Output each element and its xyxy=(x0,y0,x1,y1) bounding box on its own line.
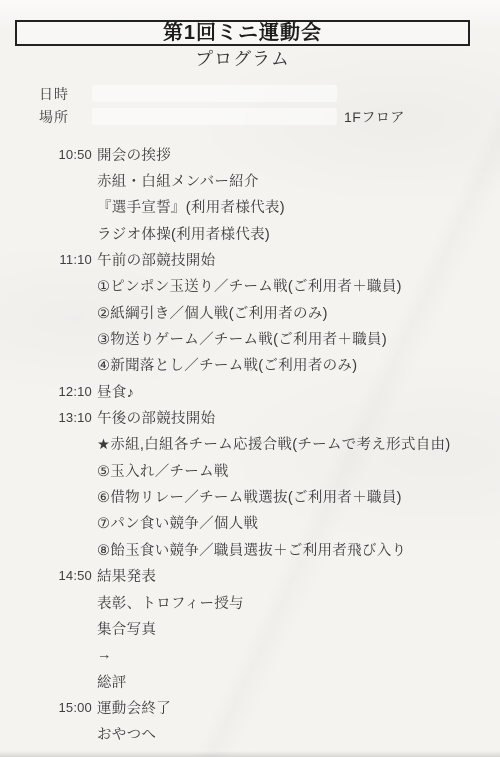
schedule-row: 集合写真 xyxy=(0,615,500,641)
schedule-row: ③物送りゲーム／チーム戦(ご利用者＋職員) xyxy=(0,325,500,351)
schedule-list: 10:50 開会の挨拶 赤組・白組メンバー紹介 『選手宣誓』(利用者様代表) ラ… xyxy=(0,141,500,747)
schedule-text: ラジオ体操(利用者様代表) xyxy=(97,223,270,244)
schedule-row: ラジオ体操(利用者様代表) xyxy=(0,220,500,246)
schedule-text: → xyxy=(97,647,112,663)
location-value: 1Fフロア xyxy=(344,107,405,127)
schedule-row: ②紙綱引き／個人戦(ご利用者のみ) xyxy=(0,299,500,325)
schedule-time: 10:50 xyxy=(0,147,92,162)
schedule-row: ⑤玉入れ／チーム戦 xyxy=(0,457,500,483)
schedule-row: 表彰、トロフィー授与 xyxy=(0,589,500,615)
schedule-text: ⑥借物リレー／チーム戦選抜(ご利用者＋職員) xyxy=(97,486,402,507)
schedule-row: 14:50 結果発表 xyxy=(0,563,500,589)
schedule-row: → xyxy=(0,642,500,668)
schedule-text: ②紙綱引き／個人戦(ご利用者のみ) xyxy=(97,302,328,323)
schedule-time: 13:10 xyxy=(0,410,92,425)
schedule-row: 12:10 昼食♪ xyxy=(0,378,500,404)
erased-location-area xyxy=(92,108,337,125)
schedule-text: ⑧飴玉食い競争／職員選抜＋ご利用者飛び入り xyxy=(97,539,406,560)
datetime-label: 日時 xyxy=(39,84,69,104)
schedule-row: 総評 xyxy=(0,668,500,694)
schedule-text: ★赤組,白組各チーム応援合戦(チームで考え形式自由) xyxy=(97,433,450,454)
schedule-text: 総評 xyxy=(97,671,127,692)
schedule-text: 午前の部競技開始 xyxy=(97,249,215,270)
document-title: 第1回ミニ運動会 xyxy=(163,23,322,43)
schedule-time: 15:00 xyxy=(0,700,92,715)
schedule-row: ★赤組,白組各チーム応援合戦(チームで考え形式自由) xyxy=(0,431,500,457)
schedule-row: 13:10 午後の部競技開始 xyxy=(0,404,500,430)
schedule-text: ⑤玉入れ／チーム戦 xyxy=(97,460,229,481)
location-label: 場所 xyxy=(39,107,69,127)
title-box: 第1回ミニ運動会 xyxy=(15,20,470,46)
schedule-text: 運動会終了 xyxy=(97,697,171,718)
schedule-row: 『選手宣誓』(利用者様代表) xyxy=(0,194,500,220)
schedule-row: ⑥借物リレー／チーム戦選抜(ご利用者＋職員) xyxy=(0,483,500,509)
schedule-text: 『選手宣誓』(利用者様代表) xyxy=(97,196,285,217)
schedule-row: おやつへ xyxy=(0,721,500,747)
schedule-text: ①ピンポン玉送り／チーム戦(ご利用者＋職員) xyxy=(97,275,402,296)
schedule-row: 15:00 運動会終了 xyxy=(0,694,500,720)
schedule-text: ⑦パン食い競争／個人戦 xyxy=(97,512,258,533)
schedule-row: 赤組・白組メンバー紹介 xyxy=(0,167,500,193)
document-subtitle: プログラム xyxy=(15,45,470,71)
schedule-text: ④新聞落とし／チーム戦(ご利用者のみ) xyxy=(97,354,357,375)
schedule-text: 昼食♪ xyxy=(97,381,134,402)
scanned-program-page: 第1回ミニ運動会 プログラム 日時 場所 1Fフロア 10:50 開会の挨拶 赤… xyxy=(0,0,500,757)
schedule-text: 開会の挨拶 xyxy=(97,144,171,165)
schedule-time: 12:10 xyxy=(0,384,92,399)
schedule-row: 10:50 開会の挨拶 xyxy=(0,141,500,167)
schedule-text: おやつへ xyxy=(97,723,156,744)
schedule-text: 結果発表 xyxy=(97,565,156,586)
schedule-row: ⑦パン食い競争／個人戦 xyxy=(0,510,500,536)
schedule-row: ①ピンポン玉送り／チーム戦(ご利用者＋職員) xyxy=(0,273,500,299)
schedule-text: ③物送りゲーム／チーム戦(ご利用者＋職員) xyxy=(97,328,387,349)
erased-datetime-area xyxy=(92,85,337,102)
schedule-row: ④新聞落とし／チーム戦(ご利用者のみ) xyxy=(0,352,500,378)
schedule-text: 赤組・白組メンバー紹介 xyxy=(97,170,259,191)
schedule-time: 14:50 xyxy=(0,568,92,583)
schedule-text: 集合写真 xyxy=(97,618,156,639)
schedule-text: 表彰、トロフィー授与 xyxy=(97,592,244,613)
schedule-row: ⑧飴玉食い競争／職員選抜＋ご利用者飛び入り xyxy=(0,536,500,562)
schedule-text: 午後の部競技開始 xyxy=(97,407,215,428)
schedule-time: 11:10 xyxy=(0,252,92,267)
schedule-row: 11:10 午前の部競技開始 xyxy=(0,246,500,272)
